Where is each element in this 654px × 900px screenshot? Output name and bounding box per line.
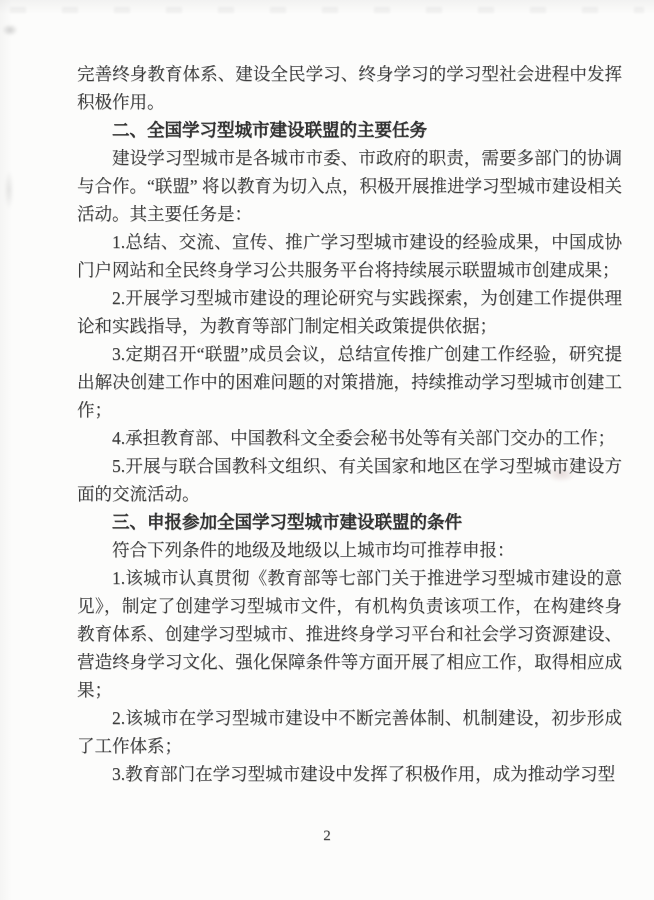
paragraph: 1.总结、交流、宣传、推广学习型城市建设的经验成果，中国成协门户网站和全民终身学… — [77, 228, 622, 284]
section-heading: 三、申报参加全国学习型城市建设联盟的条件 — [77, 508, 622, 536]
paragraph: 2.开展学习型城市建设的理论研究与实践探索，为创建工作提供理论和实践指导，为教育… — [77, 284, 622, 340]
scan-noise — [10, 7, 644, 13]
document-body: 完善终身教育体系、建设全民学习、终身学习的学习型社会进程中发挥积极作用。二、全国… — [77, 60, 622, 788]
document-page: 完善终身教育体系、建设全民学习、终身学习的学习型社会进程中发挥积极作用。二、全国… — [0, 0, 654, 900]
section-heading: 二、全国学习型城市建设联盟的主要任务 — [77, 116, 622, 144]
paragraph: 符合下列条件的地级及地级以上城市均可推荐申报： — [77, 536, 622, 564]
paragraph: 2.该城市在学习型城市建设中不断完善体制、机制建设，初步形成了工作体系； — [77, 704, 622, 760]
paragraph: 完善终身教育体系、建设全民学习、终身学习的学习型社会进程中发挥积极作用。 — [77, 60, 622, 116]
scan-noise — [2, 24, 18, 36]
scan-noise — [4, 170, 14, 210]
paragraph: 1.该城市认真贯彻《教育部等七部门关于推进学习型城市建设的意见》，制定了创建学习… — [77, 564, 622, 704]
paragraph: 3.教育部门在学习型城市建设中发挥了积极作用，成为推动学习型 — [77, 760, 622, 788]
paragraph: 3.定期召开“联盟”成员会议，总结宣传推广创建工作经验，研究提出解决创建工作中的… — [77, 340, 622, 424]
paragraph: 4.承担教育部、中国教科文全委会秘书处等有关部门交办的工作； — [77, 424, 622, 452]
page-number: 2 — [0, 826, 654, 846]
paragraph: 建设学习型城市是各城市市委、市政府的职责，需要多部门的协调与合作。“联盟” 将以… — [77, 144, 622, 228]
paragraph: 5.开展与联合国教科文组织、有关国家和地区在学习型城市建设方面的交流活动。 — [77, 452, 622, 508]
